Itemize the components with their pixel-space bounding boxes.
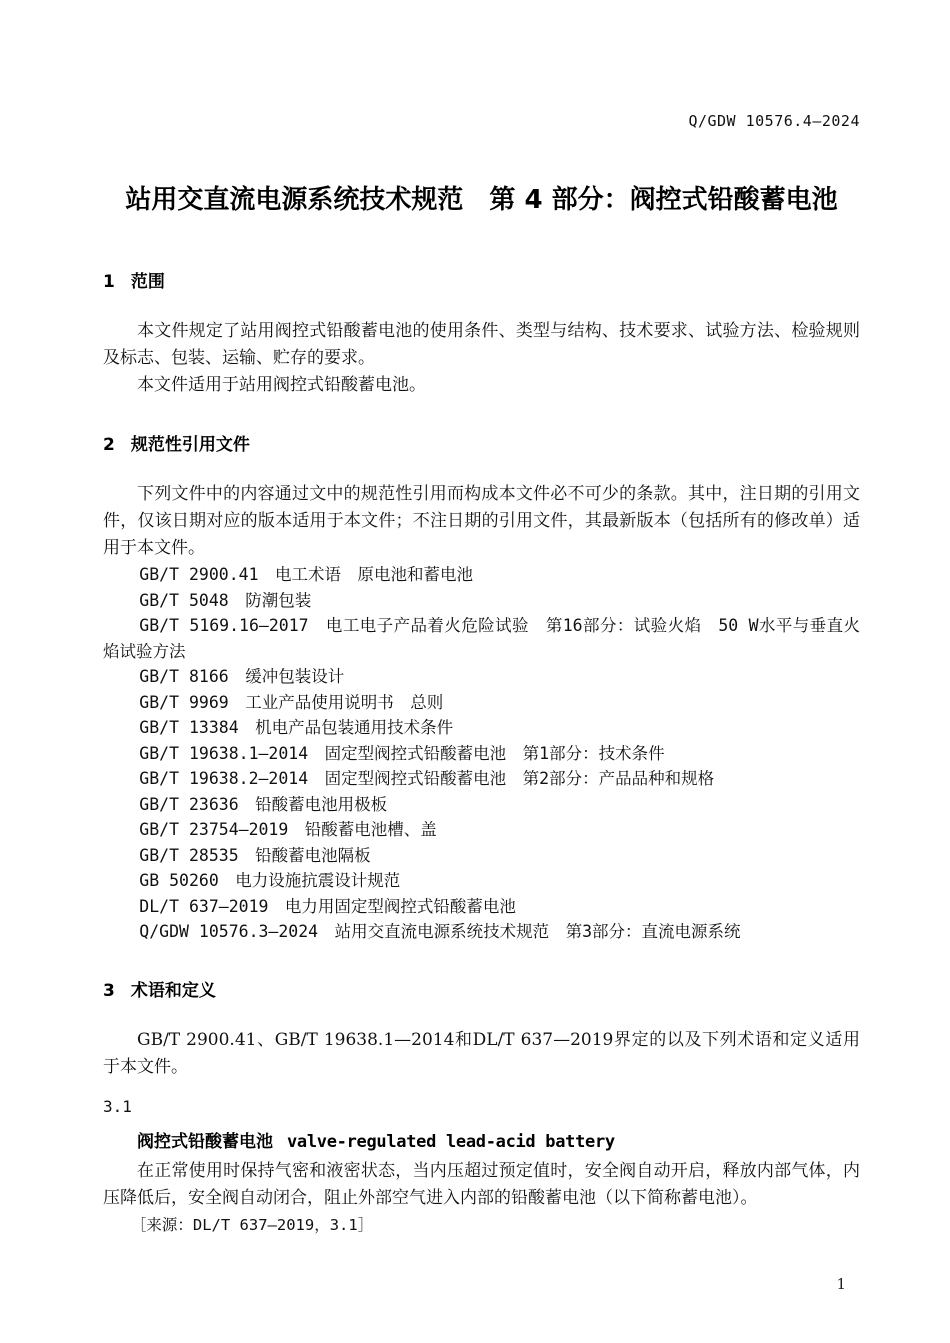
doc-code: Q/GDW 10576.4—2024 (688, 112, 860, 130)
page-number: 1 (103, 1275, 860, 1293)
reference-list: GB/T 2900.41 电工术语 原电池和蓄电池 GB/T 5048 防潮包装… (103, 562, 860, 945)
reference-item: GB/T 19638.1—2014 固定型阀控式铅酸蓄电池 第1部分：技术条件 (103, 741, 860, 767)
section-2-heading: 2规范性引用文件 (103, 433, 860, 457)
section-1-body: 本文件规定了站用阀控式铅酸蓄电池的使用条件、类型与结构、技术要求、试验方法、检验… (103, 318, 860, 399)
reference-item: GB/T 5048 防潮包装 (103, 588, 860, 614)
reference-item: GB/T 9969 工业产品使用说明书 总则 (103, 690, 860, 716)
section-normative-references: 2规范性引用文件 下列文件中的内容通过文中的规范性引用而构成本文件必不可少的条款… (103, 433, 860, 945)
reference-item: GB/T 23636 铅酸蓄电池用极板 (103, 792, 860, 818)
reference-item: DL/T 637—2019 电力用固定型阀控式铅酸蓄电池 (103, 894, 860, 920)
document-title: 站用交直流电源系统技术规范 第 4 部分：阀控式铅酸蓄电池 (103, 182, 860, 218)
term-source: ［来源：DL/T 637—2019，3.1］ (103, 1212, 860, 1239)
paragraph: 本文件规定了站用阀控式铅酸蓄电池的使用条件、类型与结构、技术要求、试验方法、检验… (103, 318, 860, 372)
page-header: Q/GDW 10576.4—2024 (103, 110, 860, 132)
reference-item: GB 50260 电力设施抗震设计规范 (103, 868, 860, 894)
term-clause-number: 3.1 (103, 1095, 860, 1119)
section-3-heading: 3术语和定义 (103, 979, 860, 1003)
reference-item: GB/T 13384 机电产品包装通用技术条件 (103, 715, 860, 741)
section-3-title: 术语和定义 (131, 981, 216, 1001)
term-title-line: 阀控式铅酸蓄电池valve-regulated lead-acid batter… (103, 1129, 860, 1156)
reference-item: GB/T 23754—2019 铅酸蓄电池槽、盖 (103, 817, 860, 843)
term-entry-3-1: 3.1 阀控式铅酸蓄电池valve-regulated lead-acid ba… (103, 1095, 860, 1239)
reference-item: GB/T 5169.16—2017 电工电子产品着火危险试验 第16部分：试验火… (103, 613, 860, 664)
section-scope: 1范围 本文件规定了站用阀控式铅酸蓄电池的使用条件、类型与结构、技术要求、试验方… (103, 270, 860, 399)
term-name-english: valve-regulated lead-acid battery (287, 1132, 615, 1152)
section-terms-definitions: 3术语和定义 GB/T 2900.41、GB/T 19638.1—2014和DL… (103, 979, 860, 1239)
term-name-chinese: 阀控式铅酸蓄电池 (137, 1132, 273, 1152)
reference-item: GB/T 2900.41 电工术语 原电池和蓄电池 (103, 562, 860, 588)
reference-item: Q/GDW 10576.3—2024 站用交直流电源系统技术规范 第3部分：直流… (103, 919, 860, 945)
section-2-title: 规范性引用文件 (131, 435, 250, 455)
reference-item: GB/T 19638.2—2014 固定型阀控式铅酸蓄电池 第2部分：产品品种和… (103, 766, 860, 792)
section-1-title: 范围 (131, 272, 165, 292)
term-definition: 在正常使用时保持气密和液密状态，当内压超过预定值时，安全阀自动开启，释放内部气体… (103, 1158, 860, 1212)
section-1-number: 1 (103, 270, 115, 294)
reference-item: GB/T 28535 铅酸蓄电池隔板 (103, 843, 860, 869)
section-1-heading: 1范围 (103, 270, 860, 294)
paragraph: GB/T 2900.41、GB/T 19638.1—2014和DL/T 637—… (103, 1027, 860, 1081)
section-2-number: 2 (103, 433, 115, 457)
section-3-body: GB/T 2900.41、GB/T 19638.1—2014和DL/T 637—… (103, 1027, 860, 1081)
paragraph: 下列文件中的内容通过文中的规范性引用而构成本文件必不可少的条款。其中，注日期的引… (103, 481, 860, 562)
reference-item: GB/T 8166 缓冲包装设计 (103, 664, 860, 690)
document-page: Q/GDW 10576.4—2024 站用交直流电源系统技术规范 第 4 部分：… (0, 0, 950, 1343)
section-2-body: 下列文件中的内容通过文中的规范性引用而构成本文件必不可少的条款。其中，注日期的引… (103, 481, 860, 945)
section-3-number: 3 (103, 979, 115, 1003)
paragraph: 本文件适用于站用阀控式铅酸蓄电池。 (103, 372, 860, 399)
